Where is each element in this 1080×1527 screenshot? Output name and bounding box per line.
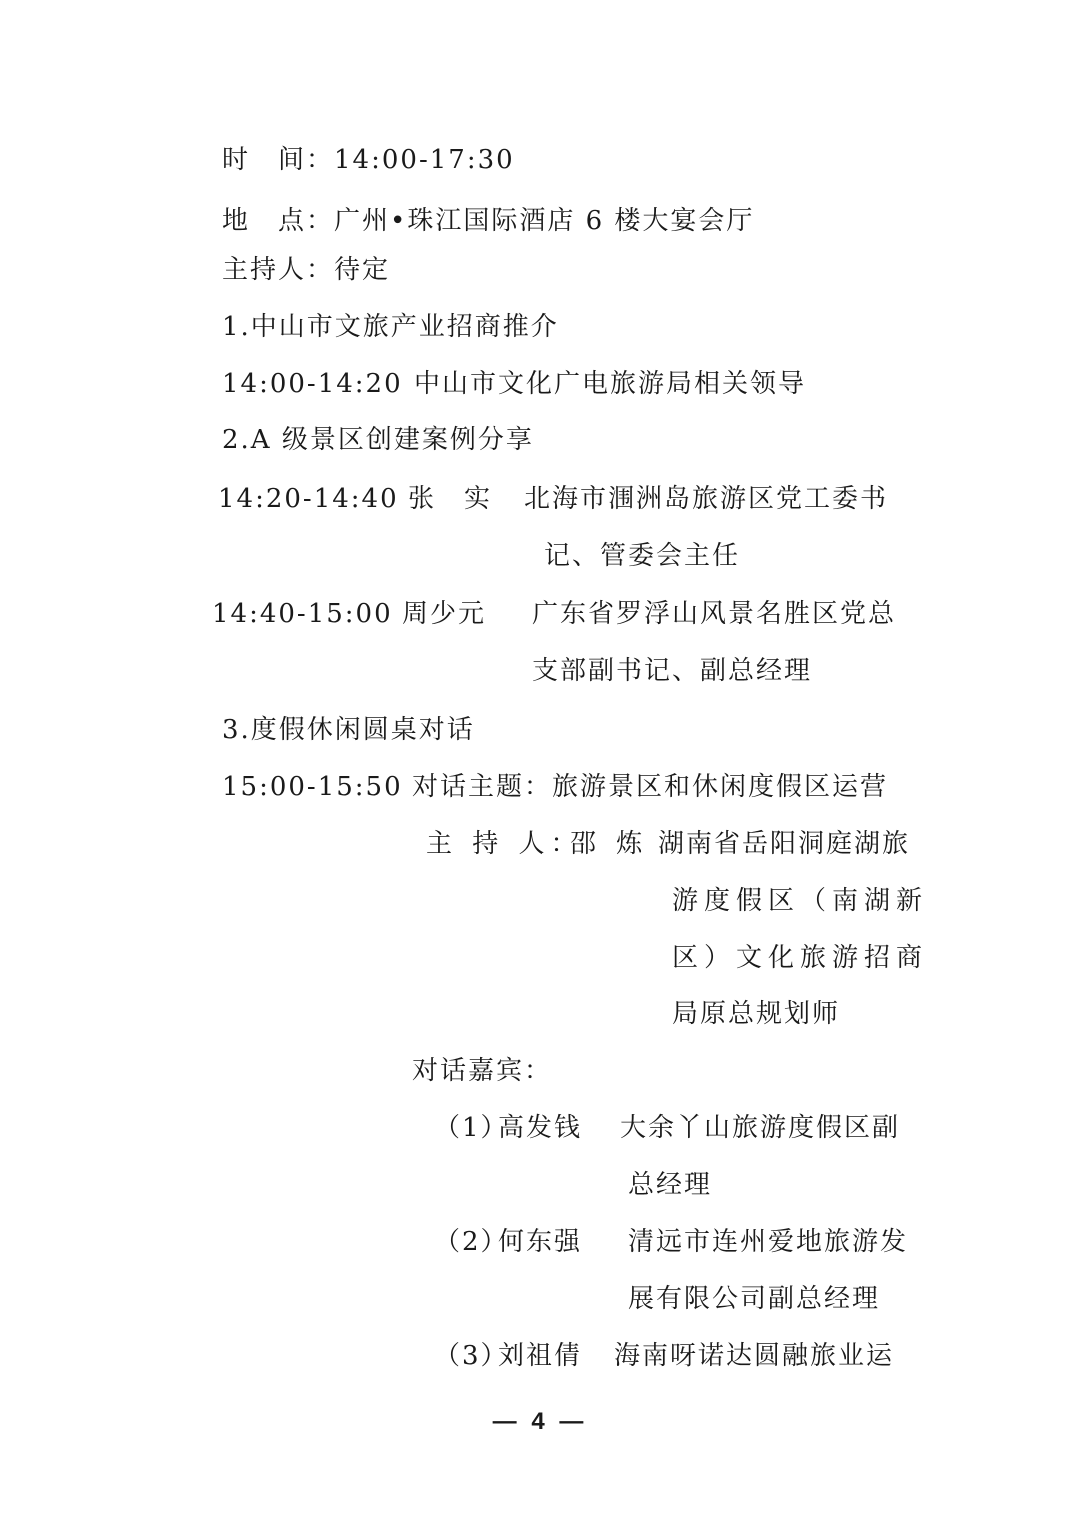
guest-desc: 展有限公司副总经理 <box>628 1283 880 1315</box>
place-value: 广州•珠江国际酒店 6 楼大宴会厅 <box>334 206 754 236</box>
section-title: 3.度假休闲圆桌对话 <box>222 714 475 746</box>
host-row: 主持人：待定 <box>222 254 390 286</box>
moderator-desc: 局原总规划师 <box>672 998 840 1030</box>
section-title: 2.A 级景区创建案例分享 <box>222 424 534 456</box>
moderator-name: 邵 炼 <box>570 828 648 860</box>
section-title: 1.中山市文旅产业招商推介 <box>222 311 559 343</box>
speaker-name: 周少元 <box>402 598 486 630</box>
guest-desc: 总经理 <box>628 1169 712 1201</box>
guest-name: 高发钱 <box>498 1112 582 1144</box>
guest-name: 刘祖倩 <box>498 1340 582 1372</box>
moderator-desc: 区）文化旅游招商 <box>672 942 928 974</box>
guest-desc: 大余丫山旅游度假区副 <box>620 1112 900 1144</box>
speaker-desc: 北海市涠洲岛旅游区党工委书 <box>524 483 888 515</box>
moderator-label: 主 持 人： <box>426 828 583 860</box>
speaker-desc: 支部副书记、副总经理 <box>532 655 812 687</box>
schedule-desc: 中山市文化广电旅游局相关领导 <box>414 368 806 400</box>
speaker-desc: 记、管委会主任 <box>544 540 740 572</box>
guest-name: 何东强 <box>498 1226 582 1258</box>
schedule-time: 14:20-14:40 <box>218 483 399 515</box>
place-row: 地 点：广州•珠江国际酒店 6 楼大宴会厅 <box>222 205 754 237</box>
moderator-desc: 湖南省岳阳洞庭湖旅 <box>658 828 910 860</box>
guests-label: 对话嘉宾： <box>412 1055 552 1087</box>
host-value: 待定 <box>334 255 390 285</box>
speaker-name: 张 实 <box>408 483 492 515</box>
page-number: — 4 — <box>0 1408 1080 1436</box>
time-value: 14:00-17:30 <box>334 145 515 175</box>
moderator-desc: 游度假区（南湖新 <box>672 885 928 917</box>
time-row: 时 间：14:00-17:30 <box>222 144 515 176</box>
schedule-time: 14:40-15:00 <box>212 598 393 630</box>
time-label: 时 间： <box>222 145 334 175</box>
dialogue-topic: 对话主题：旅游景区和休闲度假区运营 <box>412 771 888 803</box>
speaker-desc: 广东省罗浮山风景名胜区党总 <box>532 598 896 630</box>
place-label: 地 点： <box>222 206 334 236</box>
schedule-time: 14:00-14:20 <box>222 368 403 400</box>
host-label: 主持人： <box>222 255 334 285</box>
guest-desc: 清远市连州爱地旅游发 <box>628 1226 908 1258</box>
guest-desc: 海南呀诺达圆融旅业运 <box>614 1340 894 1372</box>
schedule-time: 15:00-15:50 <box>222 771 403 803</box>
